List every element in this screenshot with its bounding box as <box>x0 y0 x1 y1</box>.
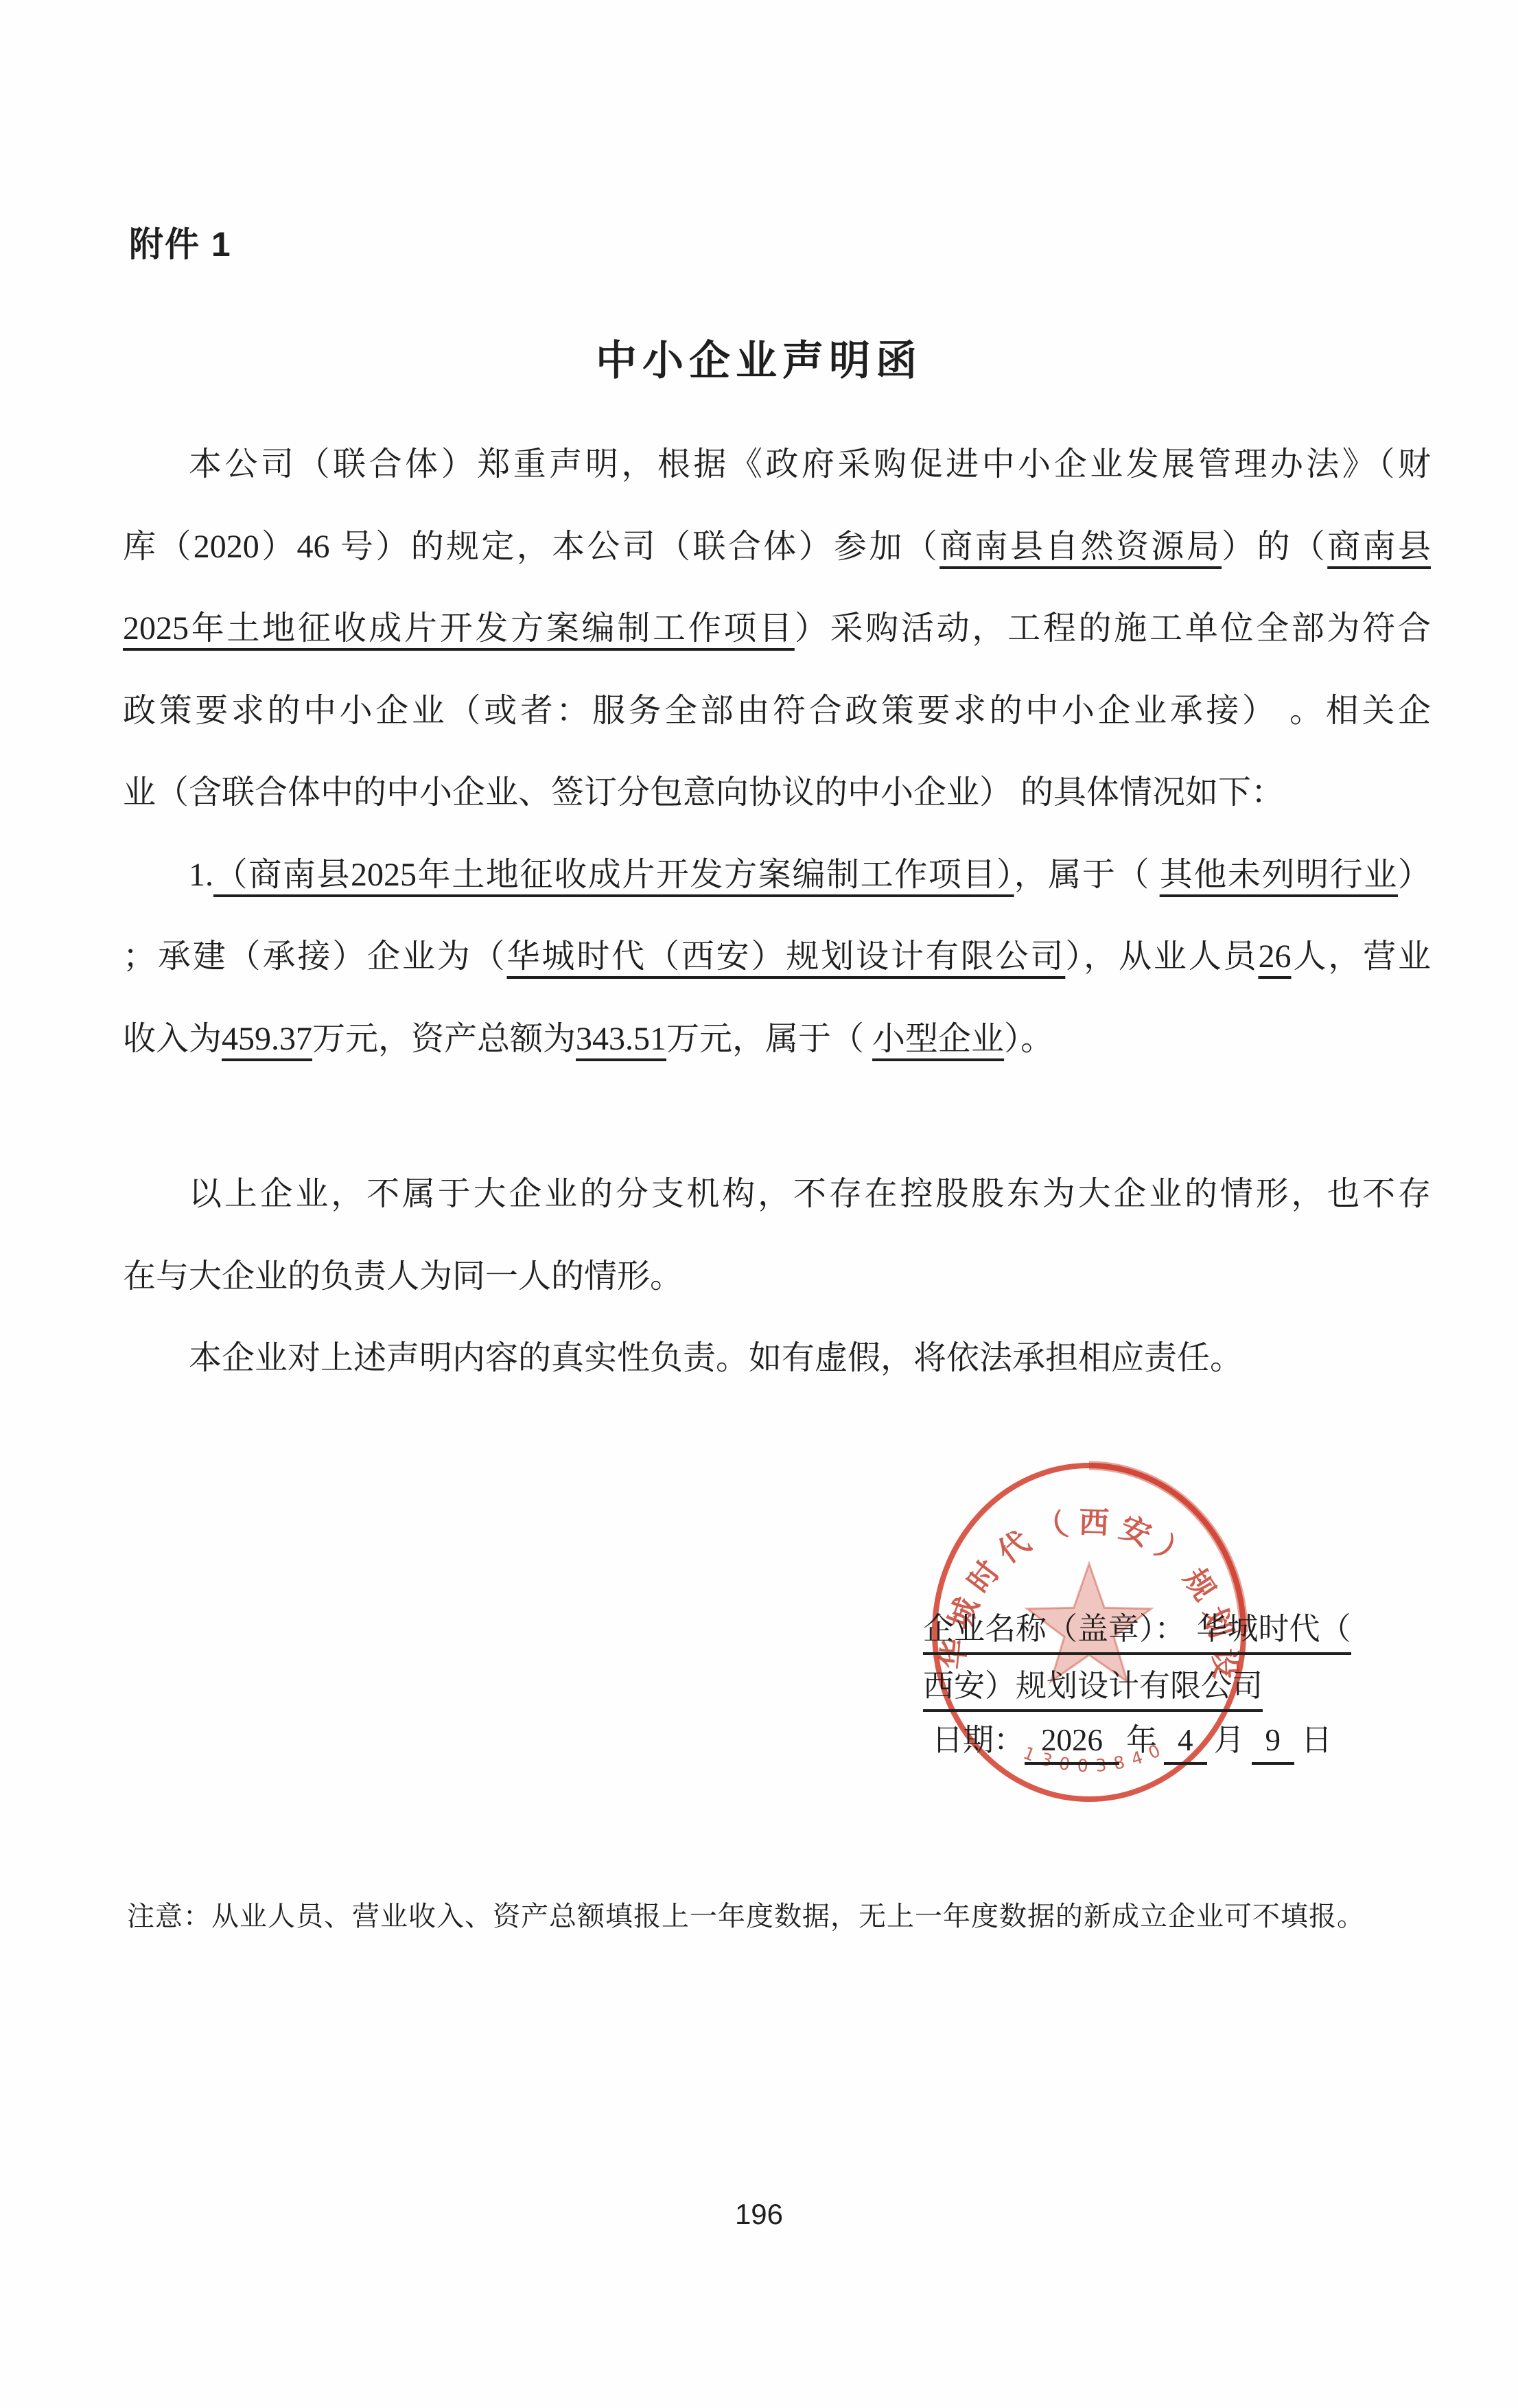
body-segment-underlined: 2025年土地征收成片开发方案编制工作项目 <box>123 610 795 647</box>
signature-name-line1: 企业名称（盖章）：华城时代（ <box>923 1604 1351 1655</box>
body-segment: ），从业人员 <box>1065 938 1258 975</box>
date-label: 日期： <box>932 1723 1025 1757</box>
attachment-label: 附件 1 <box>129 217 232 266</box>
body-segment-underlined: （商南县2025年土地征收成片开发方案编制工作项目） <box>213 857 1014 893</box>
body-line: 业（含联合体中的中小企业、签订分包意向协议的中小企业） 的具体情况如下： <box>123 752 1431 834</box>
body-segment: ）的（ <box>1222 529 1327 565</box>
body-segment-underlined: 商南县自然资源局 <box>939 529 1222 565</box>
body-segment: 1. <box>189 857 213 893</box>
date-day-unit: 日 <box>1301 1715 1332 1759</box>
body-segment: 万元，属于（ <box>666 1021 872 1057</box>
body-segment-underlined: 华城时代（西安）规划设计有限公司 <box>507 938 1066 975</box>
body-segment: 以上企业，不属于大企业的分支机构，不存在控股股东为大企业的情形，也不存 <box>189 1176 1431 1212</box>
body-segment: ）采购活动，工程的施工单位全部为符合 <box>795 610 1431 647</box>
body-segment-underlined: 459.37 <box>222 1021 312 1057</box>
body-segment-underlined: 其他未列明行业 <box>1160 857 1398 893</box>
body-segment: 收入为 <box>123 1021 222 1057</box>
body-line: 2025年土地征收成片开发方案编制工作项目）采购活动，工程的施工单位全部为符合 <box>123 588 1431 670</box>
date-month-unit: 月 <box>1214 1715 1245 1759</box>
date-line: 日期：2026年4月9日 <box>932 1715 1339 1765</box>
body-line: 以上企业，不属于大企业的分支机构，不存在控股股东为大企业的情形，也不存 <box>123 1153 1431 1236</box>
body-line: 收入为459.37万元，资产总额为343.51万元，属于（ 小型企业）。 <box>123 998 1431 1080</box>
body-segment: 政策要求的中小企业（或者：服务全部由符合政策要求的中小企业承接） 。相关企 <box>123 693 1431 729</box>
body-segment: 本公司（联合体）郑重声明，根据《政府采购促进中小企业发展管理办法》（财 <box>189 446 1431 483</box>
body-segment: 库（2020）46 号）的规定，本公司（联合体）参加（ <box>123 529 939 565</box>
body-segment: ；承建（承接）企业为（ <box>123 938 507 975</box>
body-segment-underlined: 小型企业 <box>872 1021 1004 1057</box>
body-segment-underlined: 343.51 <box>576 1021 666 1057</box>
signature-name-label: 企业名称（盖章）： <box>923 1612 1186 1646</box>
signature-block: 企业名称（盖章）：华城时代（ 西安）规划设计有限公司 <box>923 1604 1486 1717</box>
signature-name-line2: 西安）规划设计有限公司 <box>923 1660 1263 1712</box>
body-segment-underlined: 26 <box>1259 938 1292 975</box>
date-year-fill: 2026 <box>1025 1722 1119 1765</box>
body-segment: 业（含联合体中的中小企业、签订分包意向协议的中小企业） 的具体情况如下： <box>123 774 1284 811</box>
signature-name-row-2: 西安）规划设计有限公司 <box>923 1660 1486 1712</box>
date-day-fill: 9 <box>1252 1722 1295 1765</box>
body-line: 本公司（联合体）郑重声明，根据《政府采购促进中小企业发展管理办法》（财 <box>123 424 1431 506</box>
body-segment: 本企业对上述声明内容的真实性负责。如有虚假，将依法承担相应责任。 <box>189 1340 1243 1376</box>
signature-name-row-1: 企业名称（盖章）：华城时代（ <box>923 1604 1486 1655</box>
date-year-unit: 年 <box>1126 1715 1157 1759</box>
document-page: 附件 1 中小企业声明函 本公司（联合体）郑重声明，根据《政府采购促进中小企业发… <box>0 0 1518 2408</box>
date-month-fill: 4 <box>1164 1722 1207 1765</box>
note-text: 注意：从业人员、营业收入、资产总额填报上一年度数据，无上一年度数据的新成立企业可… <box>127 1895 1365 1934</box>
body-line: 在与大企业的负责人为同一人的情形。 <box>123 1236 1431 1318</box>
page-number: 196 <box>0 2198 1518 2231</box>
document-title: 中小企业声明函 <box>0 328 1518 387</box>
body-segment: ，属于（ <box>1014 857 1160 893</box>
signature-name-value-part1: 华城时代（ <box>1197 1612 1351 1646</box>
body-segment: ）。 <box>1004 1021 1053 1057</box>
body-segment: ） <box>1398 857 1431 893</box>
body-line: 政策要求的中小企业（或者：服务全部由符合政策要求的中小企业承接） 。相关企 <box>123 670 1431 752</box>
body-segment-underlined: 商南县 <box>1327 529 1431 565</box>
body-line: 1.（商南县2025年土地征收成片开发方案编制工作项目），属于（ 其他未列明行业… <box>123 834 1431 916</box>
body-segment: 人，营业 <box>1292 938 1431 975</box>
body-line: 库（2020）46 号）的规定，本公司（联合体）参加（商南县自然资源局）的（商南… <box>123 506 1431 588</box>
body-segment: 万元，资产总额为 <box>312 1021 576 1057</box>
body-line: 本企业对上述声明内容的真实性负责。如有虚假，将依法承担相应责任。 <box>123 1317 1431 1400</box>
body-text: 本公司（联合体）郑重声明，根据《政府采购促进中小企业发展管理办法》（财库（202… <box>123 424 1431 1400</box>
body-line: ；承建（承接）企业为（华城时代（西安）规划设计有限公司），从业人员26人，营业 <box>123 916 1431 998</box>
body-segment: 在与大企业的负责人为同一人的情形。 <box>123 1258 683 1295</box>
